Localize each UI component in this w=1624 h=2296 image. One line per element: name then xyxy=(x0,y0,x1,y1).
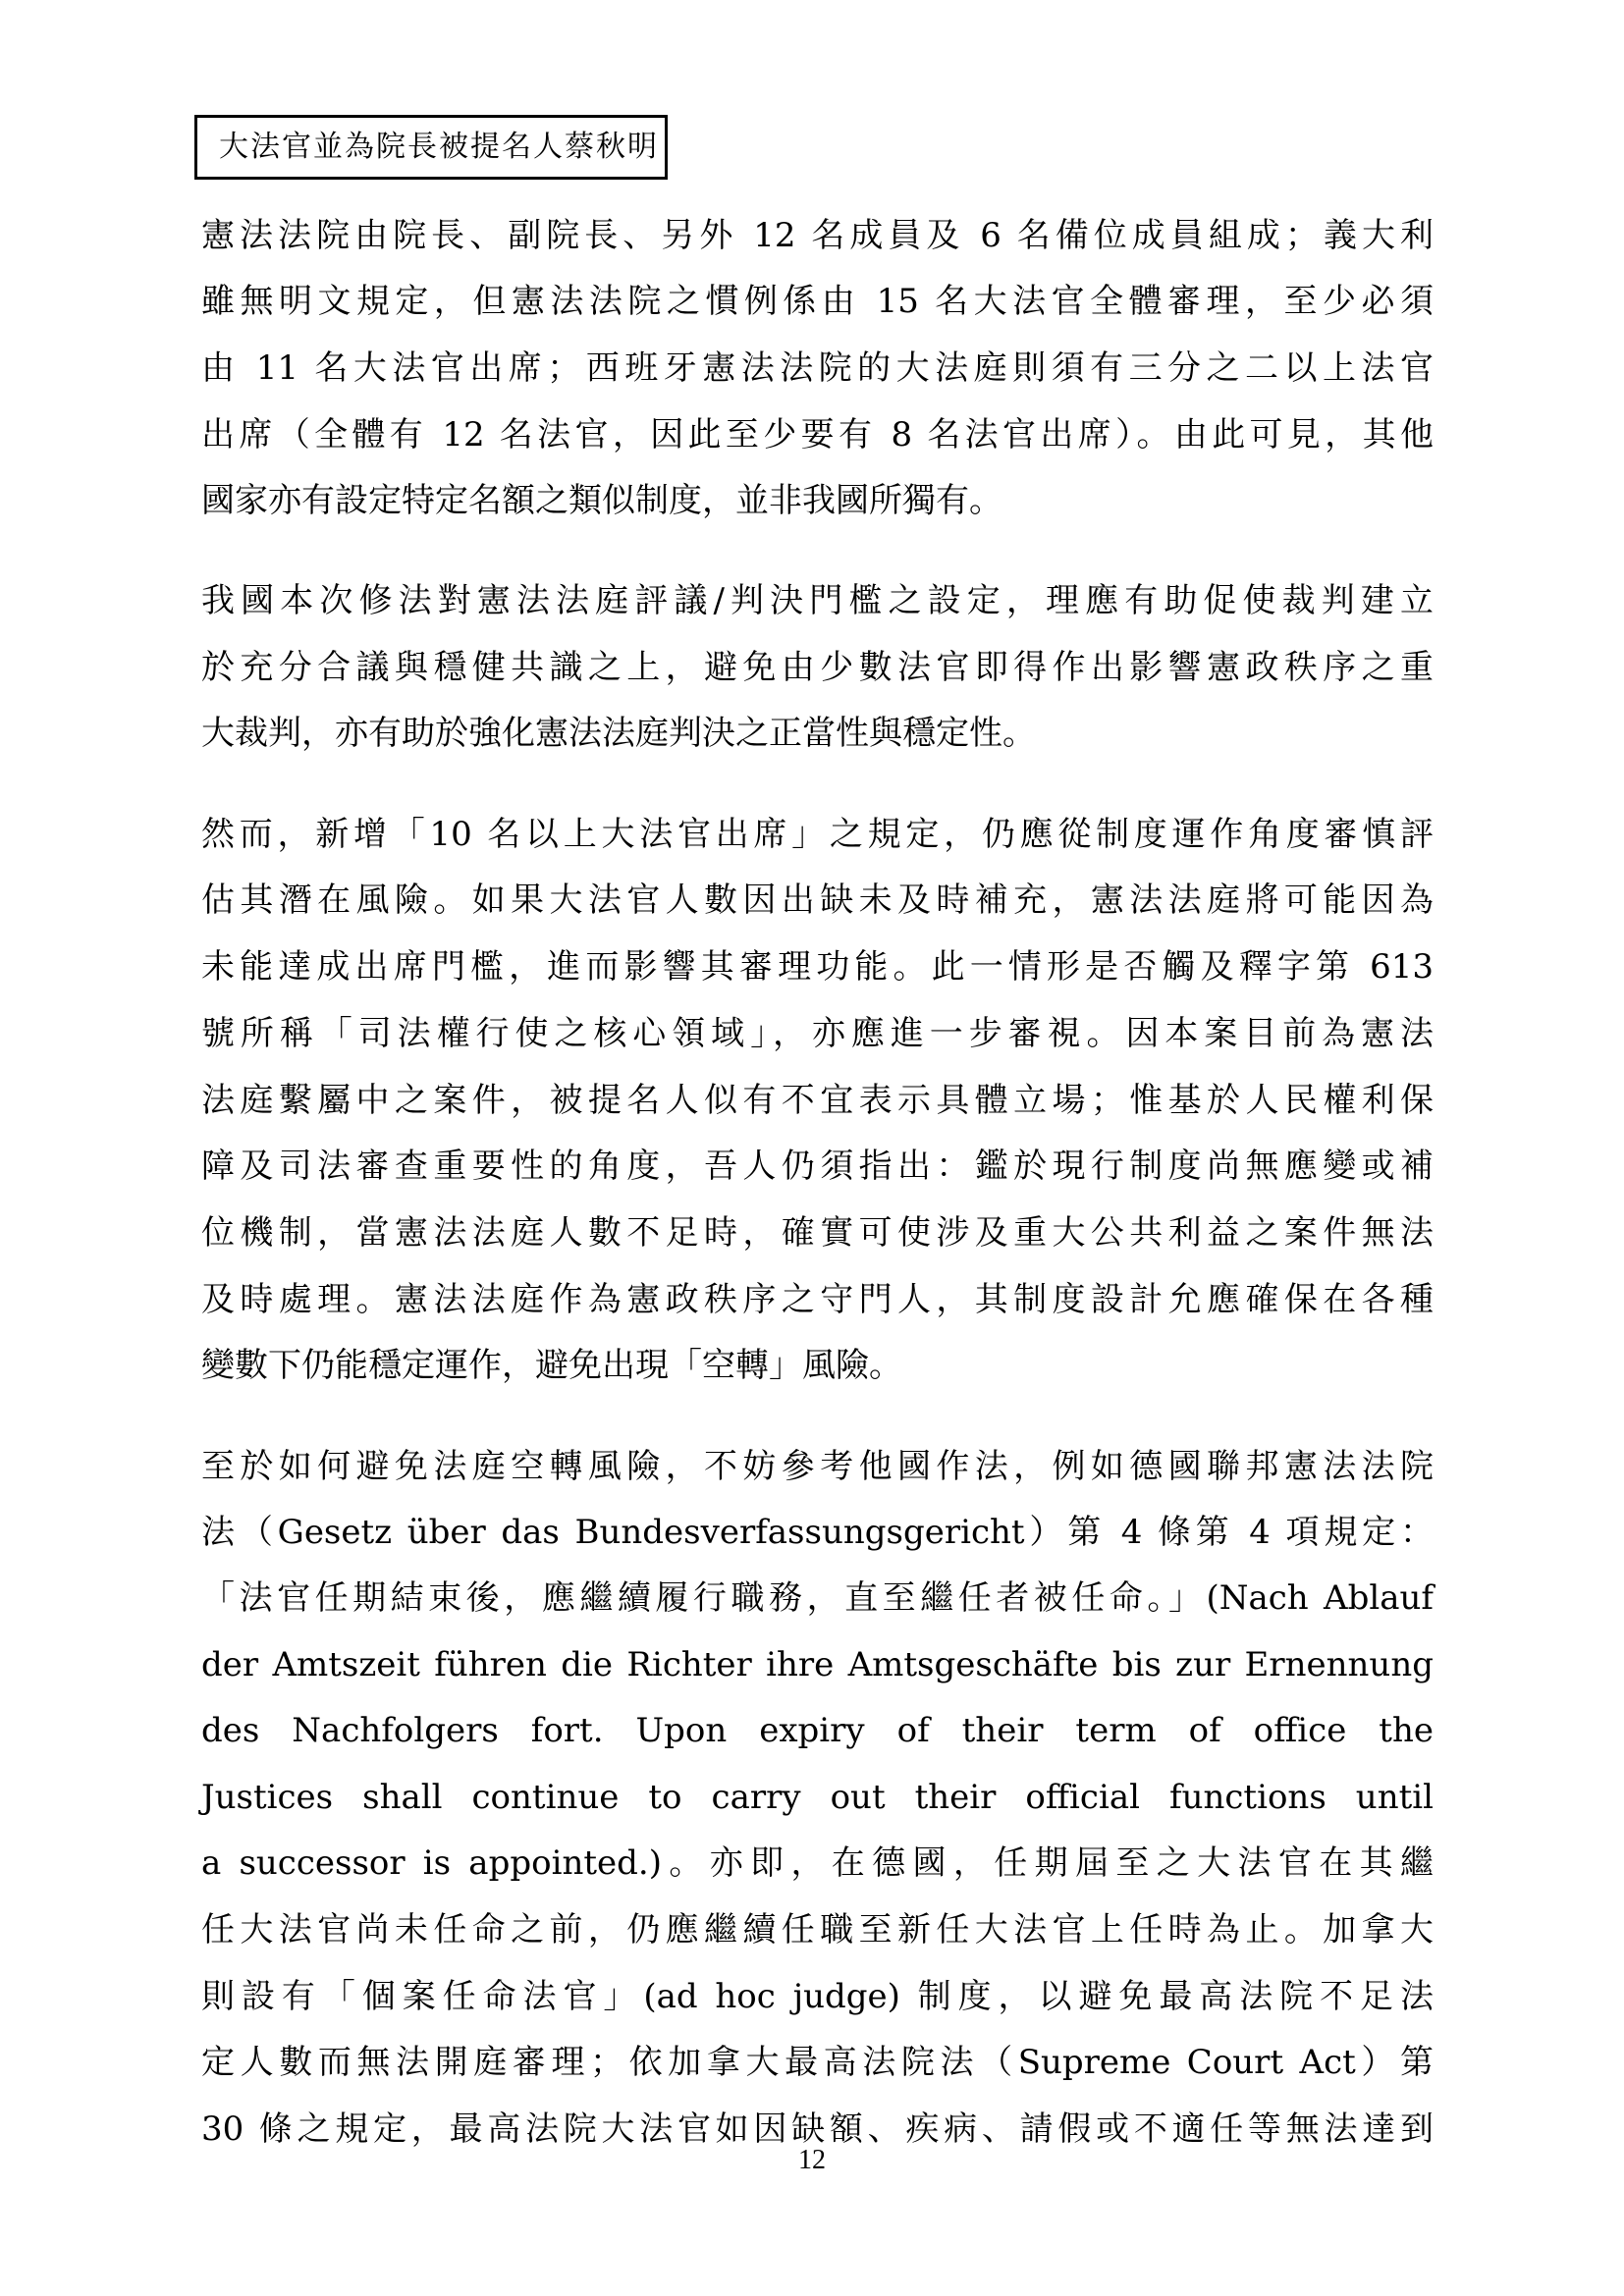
paragraph-3-line-6: 障及司法審查重要性的角度，吾人仍須指出：鑑於現行制度尚無應變或補 xyxy=(201,1142,1434,1191)
paragraph-2-line-2: 於充分合議與穩健共識之上，避免由少數法官即得作出影響憲政秩序之重 xyxy=(201,643,1434,692)
paragraph-3-line-7: 位機制，當憲法法庭人數不足時，確實可使涉及重大公共利益之案件無法 xyxy=(201,1208,1434,1257)
paragraph-3-line-5: 法庭繫屬中之案件，被提名人似有不宜表示具體立場；惟基於人民權利保 xyxy=(201,1076,1434,1125)
paragraph-3-line-9: 變數下仍能穩定運作，避免出現「空轉」風險。 xyxy=(201,1341,1434,1390)
paragraph-3-line-1: 然而，新增「10 名以上大法官出席」之規定，仍應從制度運作角度審慎評 xyxy=(201,810,1434,859)
paragraph-3-line-3: 未能達成出席門檻，進而影響其審理功能。此一情形是否觸及釋字第 613 xyxy=(201,942,1434,991)
paragraph-2-line-1: 我國本次修法對憲法法庭評議/判決門檻之設定，理應有助促使裁判建立 xyxy=(201,576,1434,625)
paragraph-1-line-1: 憲法法院由院長、副院長、另外 12 名成員及 6 名備位成員組成；義大利 xyxy=(201,211,1434,260)
paragraph-4-line-6: Justices shall continue to carry out the… xyxy=(201,1773,1434,1822)
paragraph-4-line-3: 「法官任期結束後，應繼續履行職務，直至繼任者被任命。」(Nach Ablauf xyxy=(201,1574,1434,1623)
paragraph-4-line-1: 至於如何避免法庭空轉風險，不妨參考他國作法，例如德國聯邦憲法法院 xyxy=(201,1442,1434,1491)
paragraph-1-line-2: 雖無明文規定，但憲法法院之慣例係由 15 名大法官全體審理，至少必須 xyxy=(201,277,1434,326)
body-text: 憲法法院由院長、副院長、另外 12 名成員及 6 名備位成員組成；義大利 雖無明… xyxy=(201,0,1434,2296)
paragraph-3-line-2: 估其潛在風險。如果大法官人數因出缺未及時補充，憲法法庭將可能因為 xyxy=(201,876,1434,925)
paragraph-4-line-2: 法（Gesetz über das Bundesverfassungsgeric… xyxy=(201,1508,1434,1557)
document-page: 大法官並為院長被提名人蔡秋明 憲法法院由院長、副院長、另外 12 名成員及 6 … xyxy=(0,0,1624,2296)
paragraph-2-line-3: 大裁判，亦有助於強化憲法法庭判決之正當性與穩定性。 xyxy=(201,709,1434,758)
page-number: 12 xyxy=(0,2144,1624,2177)
paragraph-4-line-9: 則設有「個案任命法官」(ad hoc judge) 制度，以避免最高法院不足法 xyxy=(201,1972,1434,2021)
paragraph-3-line-4: 號所稱「司法權行使之核心領域」，亦應進一步審視。因本案目前為憲法 xyxy=(201,1009,1434,1058)
paragraph-4-line-4: der Amtszeit führen die Richter ihre Amt… xyxy=(201,1640,1434,1689)
paragraph-1-line-3: 由 11 名大法官出席；西班牙憲法法院的大法庭則須有三分之二以上法官 xyxy=(201,344,1434,393)
paragraph-4-line-8: 任大法官尚未任命之前，仍應繼續任職至新任大法官上任時為止。加拿大 xyxy=(201,1905,1434,1954)
paragraph-4-line-10: 定人數而無法開庭審理；依加拿大最高法院法（Supreme Court Act）第 xyxy=(201,2038,1434,2087)
paragraph-4-line-5: des Nachfolgers fort. Upon expiry of the… xyxy=(201,1706,1434,1755)
paragraph-1-line-4: 出席（全體有 12 名法官，因此至少要有 8 名法官出席）。由此可見，其他 xyxy=(201,410,1434,459)
paragraph-3-line-8: 及時處理。憲法法庭作為憲政秩序之守門人，其制度設計允應確保在各種 xyxy=(201,1275,1434,1324)
paragraph-1-line-5: 國家亦有設定特定名額之類似制度，並非我國所獨有。 xyxy=(201,476,1434,525)
paragraph-4-line-7: a successor is appointed.)。亦即，在德國，任期屆至之大… xyxy=(201,1839,1434,1888)
